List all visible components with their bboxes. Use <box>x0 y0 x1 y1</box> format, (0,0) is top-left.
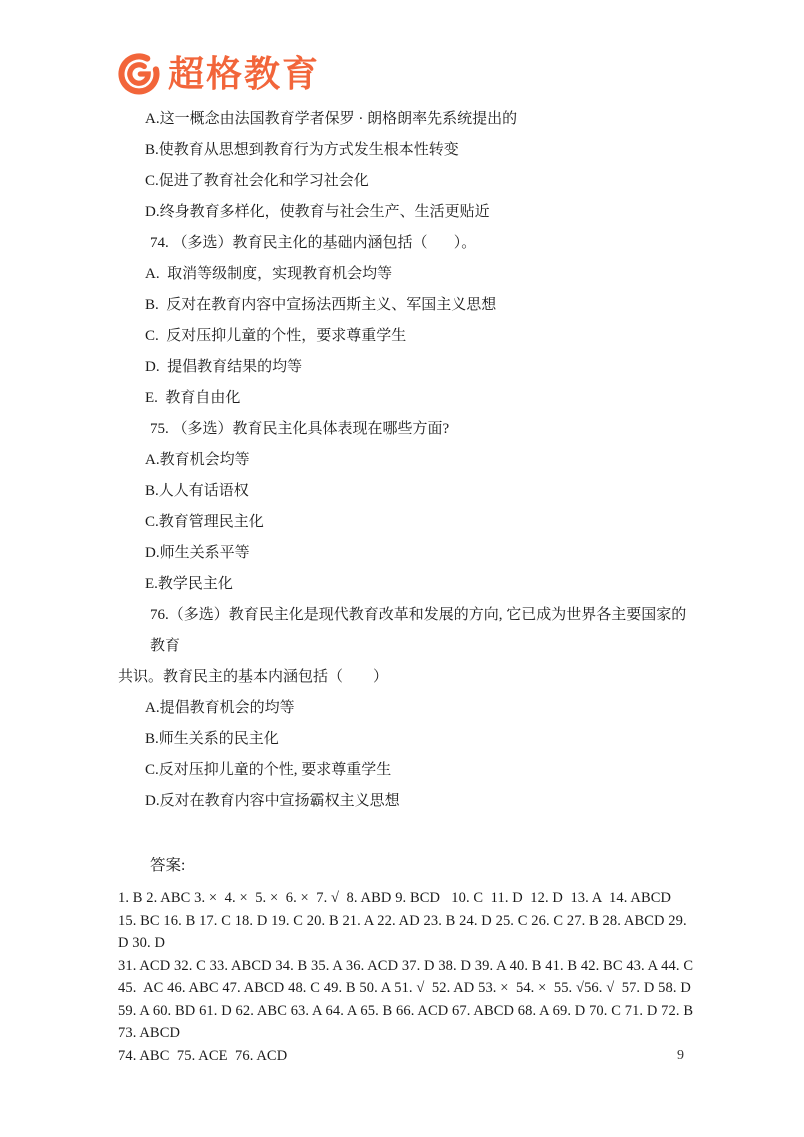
q76-option-a: A.提倡教育机会的均等 <box>118 693 694 724</box>
q75-option-b: B.人人有话语权 <box>118 476 694 507</box>
answers-heading: 答案: <box>118 851 694 881</box>
q74-option-c: C. 反对压抑儿童的个性，要求尊重学生 <box>118 321 694 352</box>
logo: 超格教育 <box>118 52 320 96</box>
logo-text: 超格教育 <box>168 56 320 92</box>
q75-stem: 75. （多选）教育民主化具体表现在哪些方面? <box>118 414 694 445</box>
q75-option-d: D.师生关系平等 <box>118 538 694 569</box>
q75-option-c: C.教育管理民主化 <box>118 507 694 538</box>
q75-option-a: A.教育机会均等 <box>118 445 694 476</box>
q74-option-b: B. 反对在教育内容中宣扬法西斯主义、军国主义思想 <box>118 290 694 321</box>
q76-option-c: C.反对压抑儿童的个性, 要求尊重学生 <box>118 755 694 786</box>
q76-option-b: B.师生关系的民主化 <box>118 724 694 755</box>
answer-line-3: 31. ACD 32. C 33. ABCD 34. B 35. A 36. A… <box>118 955 694 978</box>
q74-stem: 74. （多选）教育民主化的基础内涵包括（ ）。 <box>118 228 694 259</box>
q74-option-d: D. 提倡教育结果的均等 <box>118 352 694 383</box>
answer-line-1: 1. B 2. ABC 3. × 4. × 5. × 6. × 7. √ 8. … <box>118 887 694 910</box>
answer-line-2: 15. BC 16. B 17. C 18. D 19. C 20. B 21.… <box>118 910 694 955</box>
q76-stem-line2: 共识。教育民主的基本内涵包括（ ） <box>118 662 694 693</box>
answer-line-5: 59. A 60. BD 61. D 62. ABC 63. A 64. A 6… <box>118 1000 694 1045</box>
answer-line-6: 74. ABC 75. ACE 76. ACD <box>118 1045 694 1068</box>
q73-option-c: C.促进了教育社会化和学习社会化 <box>118 166 694 197</box>
q73-option-d: D.终身教育多样化，使教育与社会生产、生活更贴近 <box>118 197 694 228</box>
document-page: 超格教育 A.这一概念由法国教育学者保罗 · 朗格朗率先系统提出的 B.使教育从… <box>0 0 804 1137</box>
q74-option-a: A. 取消等级制度，实现教育机会均等 <box>118 259 694 290</box>
q75-option-e: E.教学民主化 <box>118 569 694 600</box>
chaoge-g-logo-icon <box>118 52 160 96</box>
q73-option-b: B.使教育从思想到教育行为方式发生根本性转变 <box>118 135 694 166</box>
q74-option-e: E. 教育自由化 <box>118 383 694 414</box>
answers-block: 1. B 2. ABC 3. × 4. × 5. × 6. × 7. √ 8. … <box>118 887 694 1067</box>
q76-option-d: D.反对在教育内容中宣扬霸权主义思想 <box>118 786 694 817</box>
page-number: 9 <box>677 1048 684 1064</box>
answer-line-4: 45. AC 46. ABC 47. ABCD 48. C 49. B 50. … <box>118 977 694 1000</box>
q76-stem-line1: 76.（多选）教育民主化是现代教育改革和发展的方向, 它已成为世界各主要国家的教… <box>118 600 694 662</box>
document-content: A.这一概念由法国教育学者保罗 · 朗格朗率先系统提出的 B.使教育从思想到教育… <box>118 104 694 1067</box>
q73-option-a: A.这一概念由法国教育学者保罗 · 朗格朗率先系统提出的 <box>118 104 694 135</box>
